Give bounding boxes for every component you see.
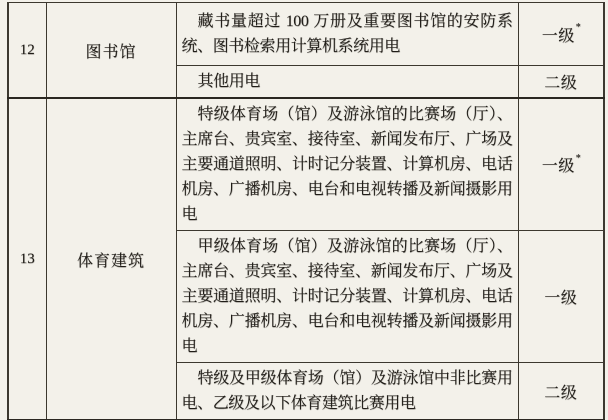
load-grade-text: 二级 xyxy=(544,75,577,92)
building-type-text: 体育建筑 xyxy=(77,253,145,270)
document-sheet: 12 图书馆 藏书量超过 100 万册及重要图书馆的安防系统、图书检索用计算机系… xyxy=(0,0,608,420)
cell-serial-number: 13 xyxy=(8,98,46,420)
grade-footnote-marker: * xyxy=(576,153,581,164)
cell-load-grade: 二级 xyxy=(518,66,604,99)
cell-load-description: 藏书量超过 100 万册及重要图书馆的安防系统、图书检索用计算机系统用电 xyxy=(176,3,518,66)
load-grade-text: 一级 xyxy=(544,290,577,307)
load-grade-text: 一级 xyxy=(542,158,575,175)
cell-load-description: 其他用电 xyxy=(176,66,518,99)
cell-load-description: 甲级体育场（馆）及游泳馆的比赛场（厅）、主席台、贵宾室、接待室、新闻发布厅、广场… xyxy=(176,231,518,363)
load-description-text: 甲级体育场（馆）及游泳馆的比赛场（厅）、主席台、贵宾室、接待室、新闻发布厅、广场… xyxy=(182,234,513,359)
cell-building-type: 图书馆 xyxy=(46,3,176,99)
cell-serial-number: 12 xyxy=(8,3,46,99)
serial-number-text: 12 xyxy=(20,42,35,58)
grade-footnote-marker: * xyxy=(576,22,581,33)
electrical-load-grade-table: 12 图书馆 藏书量超过 100 万册及重要图书馆的安防系统、图书检索用计算机系… xyxy=(7,2,605,420)
load-description-text: 藏书量超过 100 万册及重要图书馆的安防系统、图书检索用计算机系统用电 xyxy=(182,9,513,59)
cell-load-description: 特级体育场（馆）及游泳馆的比赛场（厅）、主席台、贵宾室、接待室、新闻发布厅、广场… xyxy=(176,98,518,231)
building-type-text: 图书馆 xyxy=(85,44,136,61)
cell-load-grade: 二级 xyxy=(518,363,604,420)
cell-building-type: 体育建筑 xyxy=(46,98,176,420)
cell-load-grade: 一级 xyxy=(518,231,604,363)
load-grade-text: 一级 xyxy=(542,28,575,45)
table-row: 12 图书馆 藏书量超过 100 万册及重要图书馆的安防系统、图书检索用计算机系… xyxy=(8,3,604,66)
load-grade-text: 二级 xyxy=(544,385,577,402)
load-description-text: 其他用电 xyxy=(182,69,513,94)
cell-load-grade: 一级* xyxy=(518,3,604,66)
cell-load-description: 特级及甲级体育场（馆）及游泳馆中非比赛用电、乙级及以下体育建筑比赛用电 xyxy=(176,363,518,420)
cell-load-grade: 一级* xyxy=(518,98,604,231)
load-description-text: 特级及甲级体育场（馆）及游泳馆中非比赛用电、乙级及以下体育建筑比赛用电 xyxy=(182,366,513,416)
serial-number-text: 13 xyxy=(20,251,35,267)
load-description-text: 特级体育场（馆）及游泳馆的比赛场（厅）、主席台、贵宾室、接待室、新闻发布厅、广场… xyxy=(182,102,513,227)
table-row: 13 体育建筑 特级体育场（馆）及游泳馆的比赛场（厅）、主席台、贵宾室、接待室、… xyxy=(8,98,604,231)
